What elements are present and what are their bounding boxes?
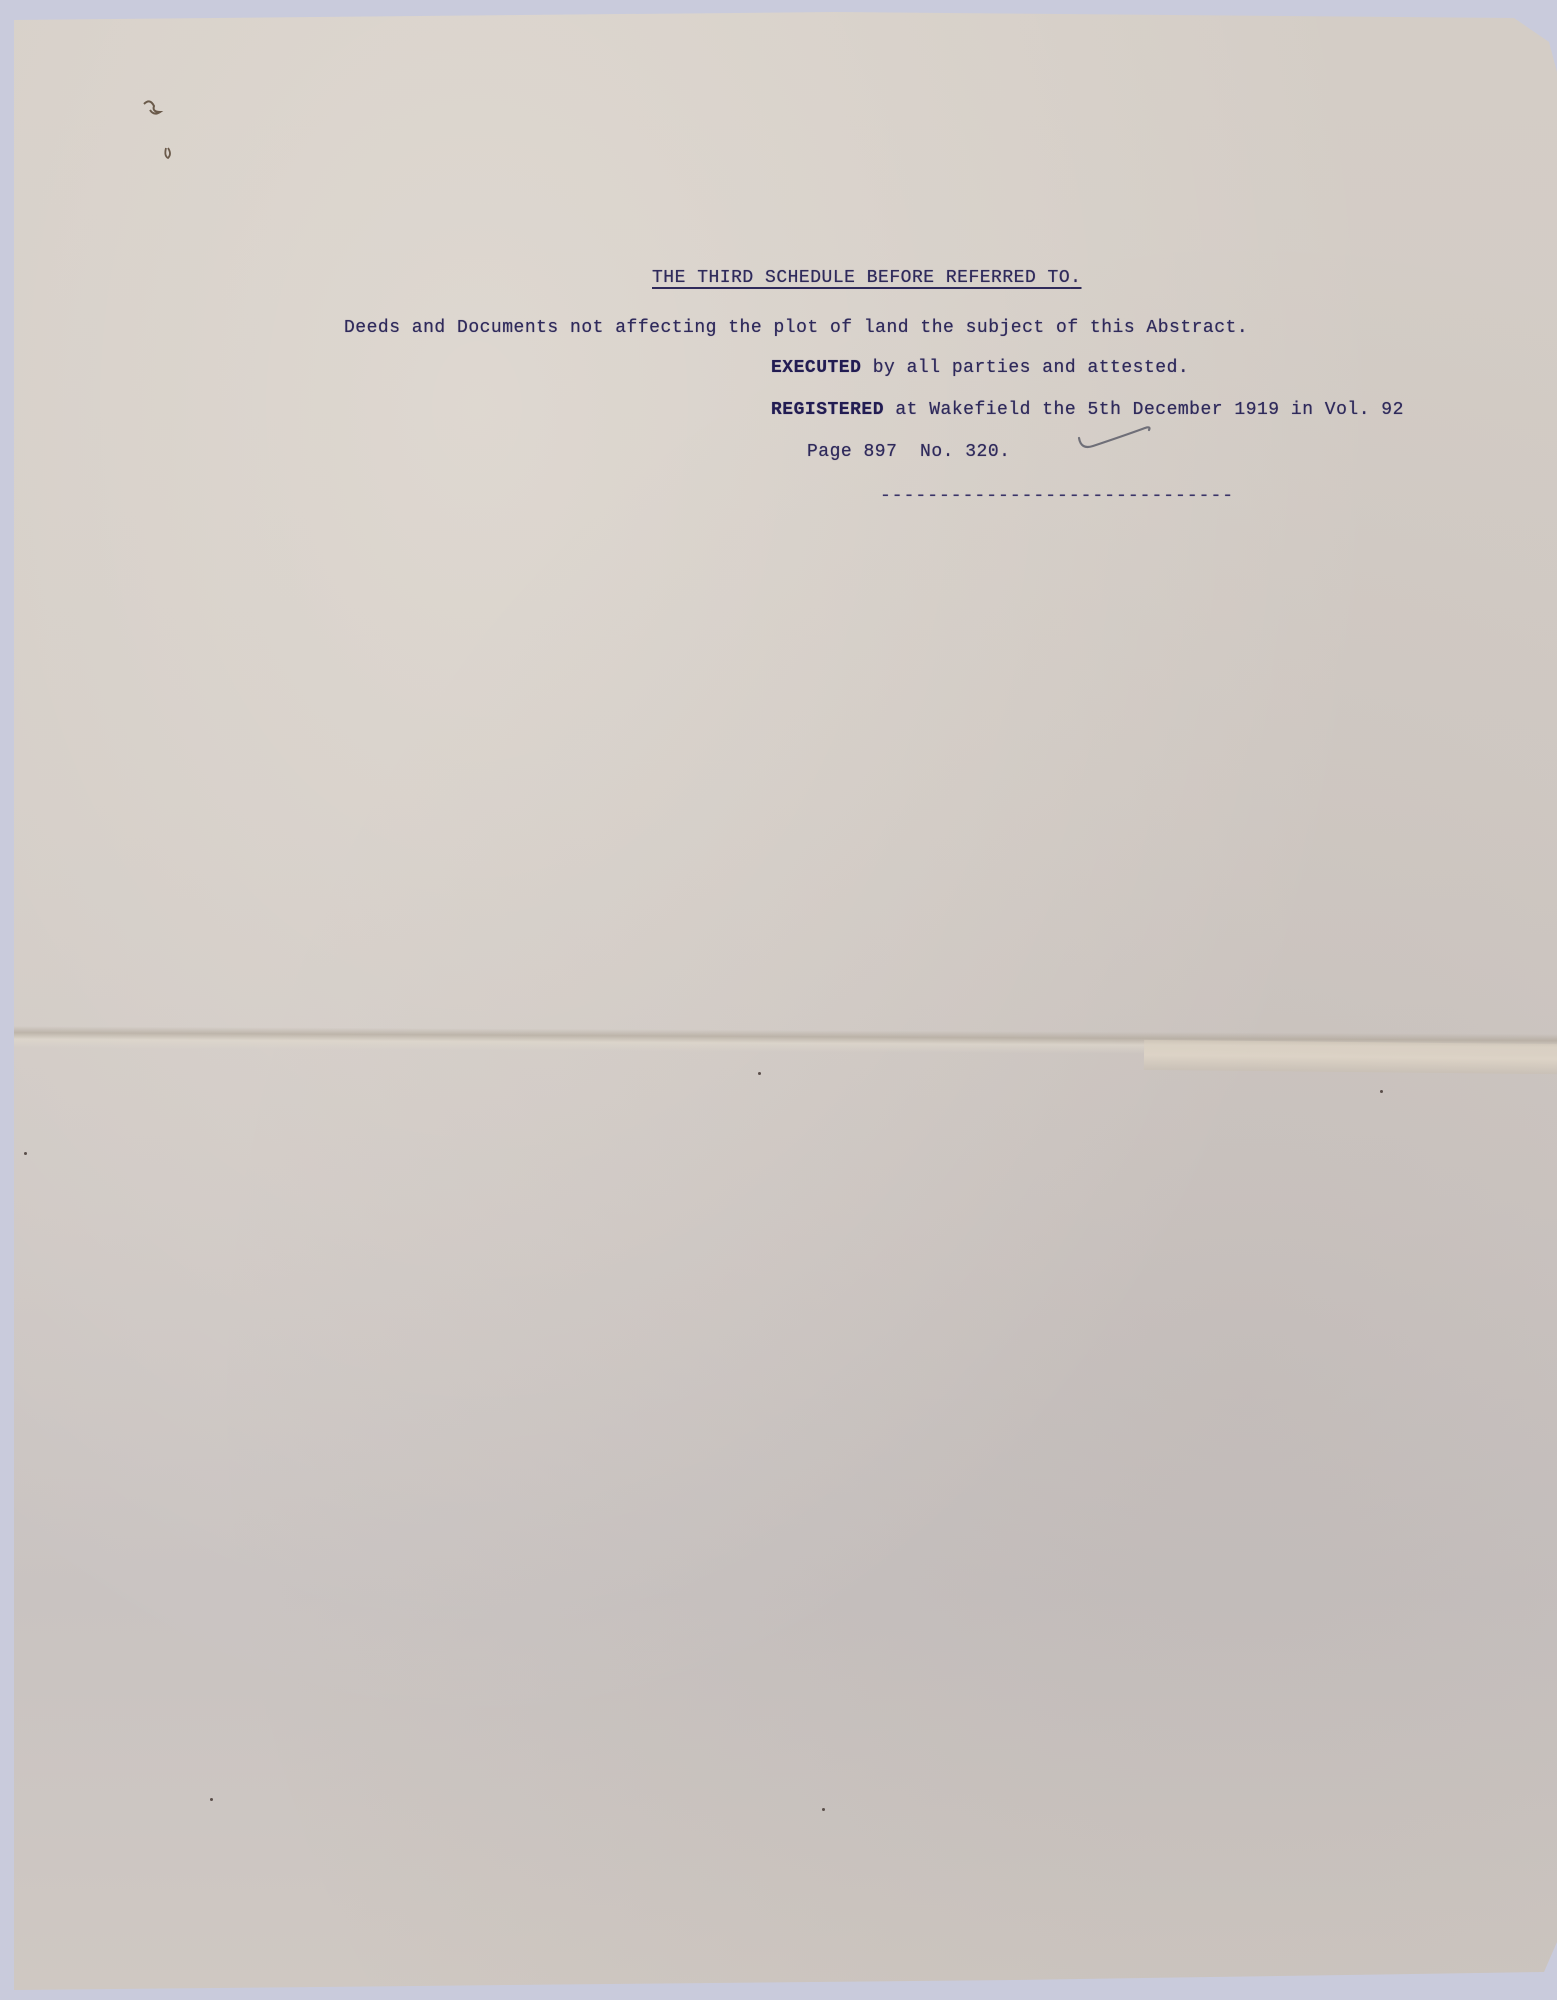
speck [1380, 1090, 1383, 1093]
separator-rule: ------------------------------ [880, 486, 1234, 506]
page-number-line: Page 897 No. 320. [807, 442, 1010, 462]
executed-label: EXECUTED [771, 358, 861, 378]
intro-line: Deeds and Documents not affecting the pl… [344, 318, 1248, 338]
registered-line: REGISTERED at Wakefield the 5th December… [771, 400, 1404, 420]
registered-label: REGISTERED [771, 400, 884, 420]
corner-marks-icon [134, 90, 214, 170]
speck [822, 1808, 825, 1811]
document-page: THE THIRD SCHEDULE BEFORE REFERRED TO. D… [14, 12, 1557, 1990]
schedule-heading: THE THIRD SCHEDULE BEFORE REFERRED TO. [652, 268, 1081, 288]
speck [210, 1798, 213, 1801]
fold-repair-tape [1144, 1040, 1557, 1074]
speck [24, 1152, 27, 1155]
checkmark-icon [1077, 424, 1177, 454]
speck [758, 1072, 761, 1075]
executed-line: EXECUTED by all parties and attested. [771, 358, 1189, 378]
